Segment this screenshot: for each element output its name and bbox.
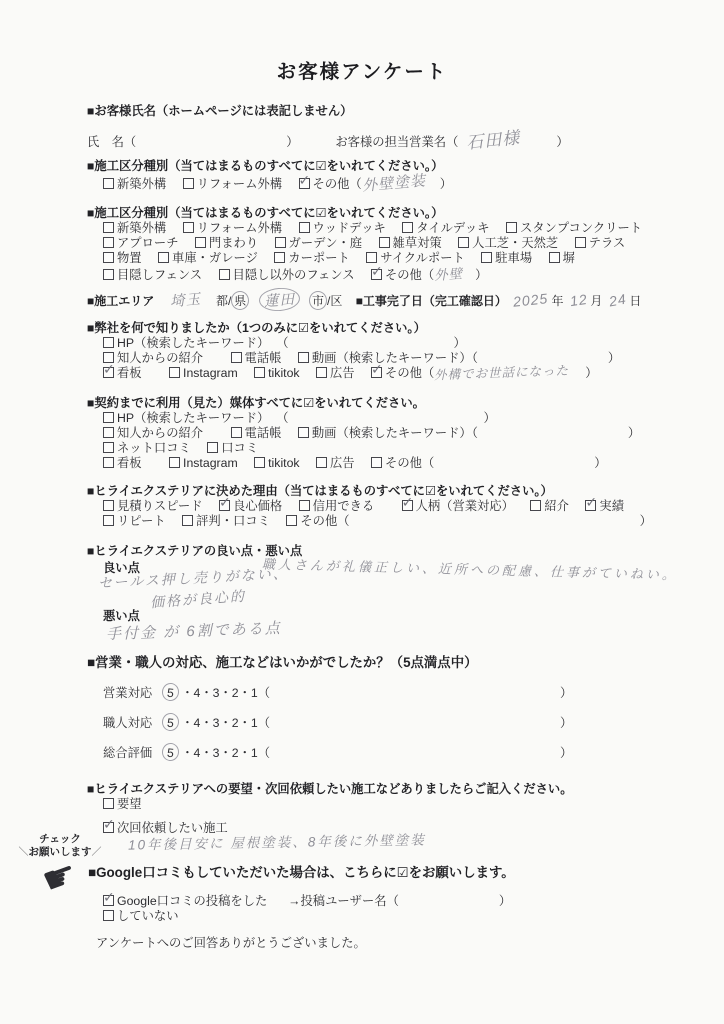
checkbox-icon[interactable]	[506, 222, 517, 233]
good-point-handwritten-3: 職人さんが礼儀正しい、近所への配慮、仕事がていねい。	[262, 554, 678, 584]
checkbox-item[interactable]: 動画（検索したキーワード）	[298, 426, 472, 440]
name-field-label: 氏 名	[87, 135, 124, 149]
checkbox-icon[interactable]	[299, 500, 310, 511]
checkbox-item-other[interactable]: その他	[371, 366, 422, 380]
other-handwritten-note: 外壁塗装	[361, 169, 427, 195]
checkbox-item-other[interactable]: その他（外壁塗装）	[299, 177, 453, 191]
month-handwritten: 12	[569, 291, 589, 309]
checkbox-item[interactable]: 広告	[316, 456, 355, 470]
checkbox-icon[interactable]	[530, 500, 541, 511]
city-handwritten-circled: 蓮田	[258, 287, 301, 313]
checkbox-icon[interactable]	[298, 352, 309, 363]
thank-you-message: アンケートへのご回答ありがとうございました。	[96, 933, 366, 951]
sales-rep-label: お客様の担当営業名	[335, 135, 446, 149]
checkbox-icon[interactable]	[316, 457, 327, 468]
checkbox-icon[interactable]	[458, 237, 469, 248]
stamp-line1: チェック	[8, 833, 112, 846]
circled-city-prefix: 市	[309, 291, 327, 310]
checkbox-icon[interactable]	[379, 237, 390, 248]
checkbox-icon[interactable]	[103, 337, 114, 348]
checkbox-item[interactable]: 評判・口コミ	[182, 514, 270, 528]
checkbox-icon[interactable]	[103, 412, 114, 423]
customer-name-line: 氏 名（） お客様の担当営業名（石田様）	[87, 126, 569, 151]
other-handwritten-note: 外壁	[434, 262, 464, 284]
checkbox-icon[interactable]	[299, 222, 310, 233]
checkbox-icon[interactable]	[371, 457, 382, 468]
checkbox-icon[interactable]	[219, 500, 230, 511]
checkbox-icon[interactable]	[183, 222, 194, 233]
rating-label: 職人対応	[103, 716, 152, 730]
checkbox-icon[interactable]	[575, 237, 586, 248]
completion-date-heading: ■工事完了日（完工確認日）	[356, 294, 507, 308]
checkbox-item[interactable]: tikitok	[254, 456, 299, 470]
checkbox-icon[interactable]	[371, 367, 382, 378]
checkbox-item[interactable]: 看板	[103, 456, 142, 470]
checkbox-item[interactable]: 目隠し以外のフェンス	[219, 268, 355, 282]
checkbox-icon[interactable]	[299, 178, 310, 189]
checkbox-icon[interactable]	[275, 237, 286, 248]
checkbox-icon[interactable]	[585, 500, 596, 511]
prefecture-label: 都/県	[216, 294, 249, 308]
page-title: お客様アンケート	[0, 56, 724, 84]
sales-rep-handwritten-value: 石田様	[465, 123, 521, 154]
checkbox-icon[interactable]	[103, 442, 114, 453]
checkbox-icon[interactable]	[231, 352, 242, 363]
checkbox-icon[interactable]	[254, 457, 265, 468]
checkbox-item[interactable]: Instagram	[169, 366, 238, 380]
checkbox-icon[interactable]	[183, 178, 194, 189]
checkbox-icon[interactable]	[219, 269, 230, 280]
checkbox-icon[interactable]	[103, 222, 114, 233]
pointing-hand-icon: ☛	[38, 856, 82, 900]
category2-row4: 目隠しフェンス 目隠し以外のフェンス その他（外壁）	[103, 263, 500, 283]
checkbox-item[interactable]: 目隠しフェンス	[103, 268, 202, 282]
checkbox-icon[interactable]	[103, 457, 114, 468]
checkbox-icon[interactable]	[316, 367, 327, 378]
rating-label: 総合評価	[103, 746, 152, 760]
checkbox-icon[interactable]	[103, 822, 114, 833]
checkbox-item[interactable]: リピート	[103, 514, 166, 528]
checkbox-icon[interactable]	[103, 500, 114, 511]
google-heading: ■Google口コミもしていただいた場合は、こちらに☑をお願いします。	[88, 862, 515, 881]
found-other-handwritten: 外構でお世話になった	[434, 361, 570, 384]
rating-row-overall: 総合評価5・4・3・2・1（）	[103, 743, 572, 761]
checkbox-icon[interactable]	[103, 895, 114, 906]
checkbox-icon[interactable]	[402, 222, 413, 233]
rating-row-sales: 営業対応5・4・3・2・1（）	[103, 683, 572, 701]
checkbox-icon[interactable]	[103, 269, 114, 280]
media-row4: 看板 Instagram tikitok 広告 その他（）	[103, 453, 607, 471]
checkbox-icon[interactable]	[169, 457, 180, 468]
checkbox-icon[interactable]	[231, 427, 242, 438]
rating-circled-score[interactable]: 5	[161, 712, 180, 732]
day-handwritten: 24	[607, 291, 627, 310]
checkbox-item-other[interactable]: その他	[371, 456, 422, 470]
checkbox-item[interactable]: リフォーム外構	[183, 177, 282, 191]
checkbox-icon[interactable]	[103, 252, 114, 263]
requests-heading: ■ヒライエクステリアへの要望・次回依頼したい施工などありましたらご記入ください。	[87, 779, 573, 797]
rating-circled-score[interactable]: 5	[161, 742, 180, 762]
checkbox-item[interactable]: Instagram	[169, 456, 238, 470]
checkbox-item[interactable]: 看板	[103, 366, 142, 380]
circled-prefecture-suffix: 県	[231, 291, 249, 310]
decision-row2: リピート 評判・口コミ その他（）	[103, 511, 652, 529]
checkbox-item[interactable]: 広告	[316, 366, 355, 380]
checkbox-item-other[interactable]: その他	[286, 514, 337, 528]
checkbox-icon[interactable]	[481, 252, 492, 263]
checkbox-icon[interactable]	[103, 367, 114, 378]
checkbox-icon[interactable]	[298, 427, 309, 438]
area-date-line: ■施工エリア 埼玉 都/県 蓮田 市/区 ■工事完了日（完工確認日） 2025年…	[87, 288, 641, 311]
city-label: 市/区	[309, 294, 342, 308]
ratings-heading: ■営業・職人の対応、施工などはいかがでしたか？（5点満点中）	[87, 652, 477, 671]
checkbox-item[interactable]: 塀	[549, 251, 575, 265]
rating-scale: ・4・3・2・1（	[181, 716, 270, 730]
checkbox-icon[interactable]	[169, 367, 180, 378]
rating-scale: ・4・3・2・1（	[181, 746, 270, 760]
rating-scale: ・4・3・2・1（	[181, 686, 270, 700]
area-heading: ■施工エリア	[87, 294, 154, 308]
rating-circled-score[interactable]: 5	[161, 682, 180, 702]
checkbox-icon[interactable]	[274, 252, 285, 263]
checkbox-icon[interactable]	[207, 442, 218, 453]
checkbox-icon[interactable]	[103, 515, 114, 526]
survey-scan-page: お客様アンケート ■お客様氏名（ホームページには表記しません） 氏 名（） お客…	[0, 0, 724, 1024]
checkbox-item[interactable]: 新築外構	[103, 177, 166, 191]
checkbox-icon[interactable]	[103, 427, 114, 438]
checkbox-icon[interactable]	[402, 500, 413, 511]
checkbox-icon[interactable]	[103, 237, 114, 248]
checkbox-icon[interactable]	[195, 237, 206, 248]
checkbox-item-other[interactable]: その他（外壁）	[371, 268, 488, 282]
checkbox-icon[interactable]	[158, 252, 169, 263]
checkbox-item[interactable]: tikitok	[254, 366, 299, 380]
checkbox-icon[interactable]	[549, 252, 560, 263]
checkbox-icon[interactable]	[103, 798, 114, 809]
rating-row-worker: 職人対応5・4・3・2・1（）	[103, 713, 572, 731]
google-not-posted-line[interactable]: していない	[103, 906, 179, 924]
checkbox-icon[interactable]	[103, 178, 114, 189]
checkbox-icon[interactable]	[182, 515, 193, 526]
prefecture-handwritten: 埼玉	[169, 288, 202, 312]
found-row3: 看板 Instagram tikitok 広告 その他（外構でお世話になった）	[103, 363, 598, 381]
checkbox-icon[interactable]	[371, 269, 382, 280]
good-point-handwritten-2: 価格が良心的	[149, 586, 246, 613]
google-user-label: →投稿ユーザー名	[288, 894, 386, 908]
category1-items: 新築外構 リフォーム外構 その他（外壁塗装）	[103, 172, 465, 193]
checkbox-icon[interactable]	[103, 910, 114, 921]
checkbox-icon[interactable]	[286, 515, 297, 526]
checkbox-icon[interactable]	[366, 252, 377, 263]
checkbox-icon[interactable]	[254, 367, 265, 378]
next-construction-handwritten: 10年後目安に 屋根塗装、8年後に外壁塗装	[128, 828, 426, 853]
rating-label: 営業対応	[103, 686, 152, 700]
request-wish-item[interactable]: 要望	[103, 794, 142, 812]
customer-name-heading: ■お客様氏名（ホームページには表記しません）	[87, 101, 352, 119]
year-handwritten: 2025	[513, 290, 550, 310]
